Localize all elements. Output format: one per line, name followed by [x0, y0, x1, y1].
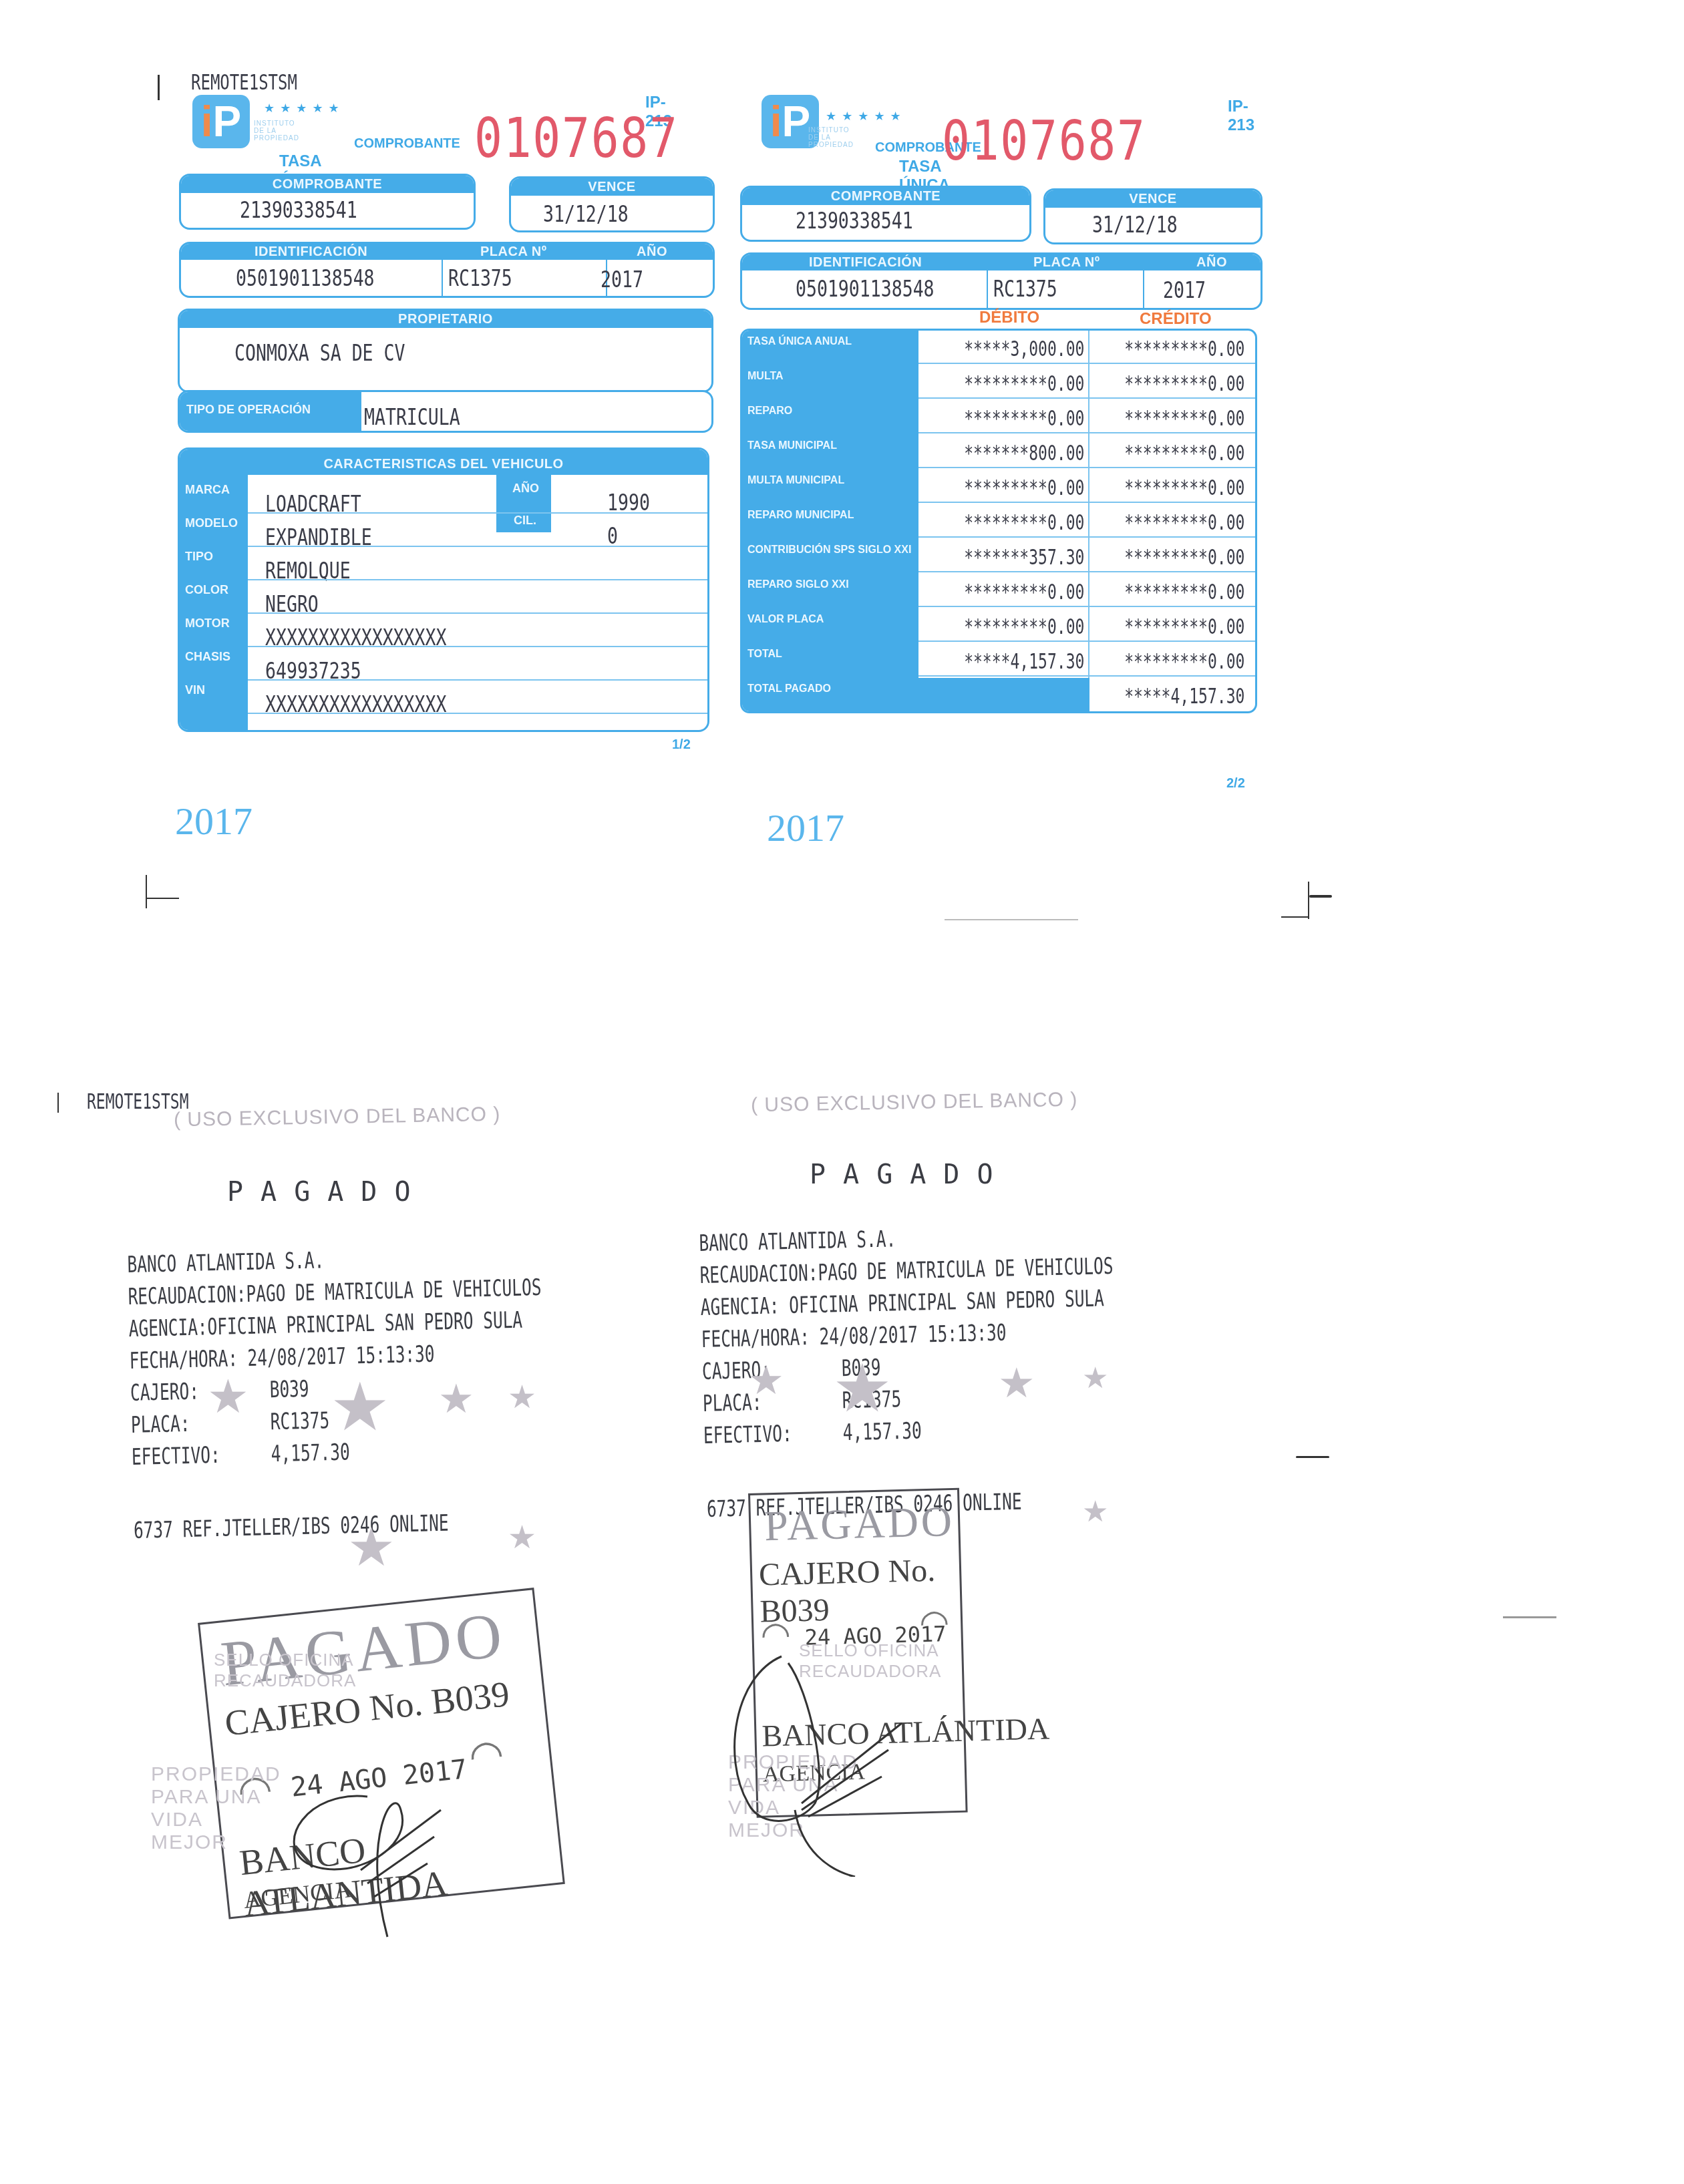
- cajero-value: B039: [269, 1373, 309, 1406]
- efectivo-label: EFECTIVO:: [703, 1421, 793, 1449]
- comprobante-label: COMPROBANTE: [742, 188, 1029, 205]
- placa-value: RC1375: [993, 276, 1057, 303]
- credito-label: CRÉDITO: [1140, 310, 1212, 329]
- row-rule: [918, 502, 1255, 503]
- fee-debito: *********0.00: [964, 510, 1084, 535]
- fee-credito: *********0.00: [1124, 371, 1244, 396]
- comprobante-field: COMPROBANTE 21390338541: [740, 186, 1031, 242]
- propietario-value: CONMOXA SA DE CV: [234, 340, 405, 367]
- star-watermark-icon: ★: [832, 1349, 892, 1427]
- anio-label: AÑO: [1196, 254, 1227, 270]
- vehiculo-anio-label: AÑO: [512, 482, 539, 496]
- placa-value: RC1375: [270, 1405, 330, 1438]
- scan-speck: [1309, 895, 1332, 898]
- fee-row: REPARO*********0.00*********0.00: [742, 400, 1255, 433]
- uso-exclusivo-label: ( USO EXCLUSIVO DEL BANCO ): [751, 1089, 1078, 1117]
- identificacion-field: IDENTIFICACIÓN PLACA Nº AÑO 050190113854…: [740, 252, 1262, 310]
- uso-exclusivo-label: ( USO EXCLUSIVO DEL BANCO ): [174, 1103, 501, 1132]
- fee-label: TASA ÚNICA ANUAL: [747, 336, 852, 348]
- anio-value: 2017: [1163, 277, 1206, 304]
- row-rule: [918, 606, 1255, 607]
- star-watermark-icon: ★: [207, 1369, 249, 1424]
- fee-credito: *********0.00: [1124, 544, 1244, 570]
- vehicle-label-chasis: CHASIS: [185, 650, 230, 664]
- stars-icon: ★★★★★: [264, 102, 345, 116]
- placa-value: RC1375: [448, 265, 512, 292]
- vehicle-characteristics: CARACTERISTICAS DEL VEHICULO MARCALOADCR…: [178, 447, 709, 732]
- stamp-sello-text: SELLO OFICINA RECAUDADORA: [214, 1650, 356, 1691]
- serial-number: 0107687: [474, 107, 679, 170]
- fee-credito: *********0.00: [1124, 510, 1244, 535]
- receipt-reference: 6737 REF.JTELLER/IBS 0246 ONLINE: [134, 1507, 449, 1547]
- star-watermark-icon: ★: [748, 1357, 784, 1404]
- signature-icon: [267, 1770, 481, 1970]
- anio-label: AÑO: [637, 244, 667, 260]
- vehicle-value-modelo: EXPANDIBLE: [265, 524, 372, 551]
- tipo-operacion-field: TIPO DE OPERACIÓN MATRICULA: [178, 390, 713, 433]
- row-rule: [918, 536, 1255, 538]
- fee-label: CONTRIBUCIÓN SPS SIGLO XXI: [747, 544, 911, 556]
- fee-row: MULTA*********0.00*********0.00: [742, 365, 1255, 399]
- comprobante-label: COMPROBANTE: [181, 176, 474, 193]
- tipo-operacion-label: TIPO DE OPERACIÓN: [186, 403, 311, 417]
- fee-label: MULTA: [747, 371, 784, 383]
- vehicle-label-color: COLOR: [185, 583, 228, 597]
- fee-row: CONTRIBUCIÓN SPS SIGLO XXI*******357.30*…: [742, 539, 1255, 572]
- fee-debito: *********0.00: [964, 475, 1084, 500]
- vehiculo-cil-label: CIL.: [514, 514, 536, 528]
- cajero-label: CAJERO:: [130, 1379, 199, 1407]
- fee-row: TOTAL*****4,157.30*********0.00: [742, 643, 1255, 677]
- divider: [442, 260, 443, 296]
- total-pagado-fill: [918, 678, 1089, 711]
- comprobante-value: 21390338541: [240, 197, 357, 224]
- scan-speck: [1503, 1616, 1556, 1618]
- fee-label: TOTAL: [747, 649, 782, 661]
- row-rule: [918, 467, 1255, 468]
- fee-debito: *******357.30: [964, 544, 1084, 570]
- identificacion-label: IDENTIFICACIÓN: [255, 244, 367, 260]
- fee-row: REPARO MUNICIPAL*********0.00*********0.…: [742, 504, 1255, 538]
- vehicle-value-motor: XXXXXXXXXXXXXXXXX: [265, 624, 446, 651]
- row-rule: [248, 713, 707, 714]
- fee-table: TASA ÚNICA ANUAL*****3,000.00*********0.…: [740, 329, 1257, 713]
- placa-label: PLACA Nº: [1033, 254, 1100, 270]
- vehicle-value-marca: LOADCRAFT: [265, 491, 361, 518]
- star-watermark-icon: ★: [998, 1358, 1035, 1407]
- efectivo-label: EFECTIVO:: [132, 1442, 221, 1471]
- star-watermark-icon: ★: [508, 1379, 536, 1416]
- vehicle-label-motor: MOTOR: [185, 616, 230, 630]
- fee-debito: *****3,000.00: [964, 336, 1084, 361]
- fee-credito: *********0.00: [1124, 649, 1244, 674]
- vehiculo-cil-value: 0: [607, 523, 618, 550]
- fee-credito: *********0.00: [1124, 405, 1244, 431]
- institution-name: INSTITUTO DE LA PROPIEDAD: [254, 120, 299, 142]
- star-watermark-icon: ★: [438, 1376, 474, 1423]
- fee-debito: *****4,157.30: [964, 649, 1084, 674]
- total-pagado-value: *****4,157.30: [1124, 683, 1244, 709]
- divider: [987, 270, 988, 308]
- form-code: IP-213: [1228, 98, 1254, 135]
- stamp-slogan: PROPIEDAD PARA UNA VIDA MEJOR: [151, 1763, 281, 1854]
- fee-row: TASA ÚNICA ANUAL*****3,000.00*********0.…: [742, 331, 1255, 364]
- row-rule: [918, 397, 1255, 399]
- divider: [1143, 270, 1144, 308]
- row-rule: [918, 432, 1255, 433]
- vehicle-value-tipo: REMOLQUE: [265, 558, 351, 584]
- identificacion-header: IDENTIFICACIÓN PLACA Nº AÑO: [181, 244, 713, 260]
- bank-logo-icon: ◠: [918, 1602, 950, 1643]
- row-rule: [918, 641, 1255, 642]
- page-indicator: 1/2: [672, 737, 691, 753]
- comprobante-caption: COMPROBANTE: [354, 136, 460, 152]
- fee-credito: *********0.00: [1124, 614, 1244, 639]
- identificacion-label: IDENTIFICACIÓN: [809, 254, 922, 270]
- placa-label: PLACA Nº: [480, 244, 546, 260]
- identificacion-field: IDENTIFICACIÓN PLACA Nº AÑO 050190113854…: [179, 242, 715, 298]
- page-indicator: 2/2: [1226, 776, 1245, 791]
- fee-credito: *********0.00: [1124, 475, 1244, 500]
- footer-year: 2017: [767, 805, 844, 850]
- row-rule: [918, 675, 1255, 677]
- identificacion-value: 0501901138548: [236, 265, 375, 292]
- ip-logo-icon: iP: [192, 95, 250, 148]
- star-watermark-icon: ★: [330, 1368, 390, 1446]
- row-rule: [918, 571, 1255, 572]
- tipo-operacion-value: MATRICULA: [364, 404, 460, 431]
- vehicle-title: CARACTERISTICAS DEL VEHICULO: [180, 449, 707, 475]
- debito-label: DÉBITO: [979, 309, 1039, 327]
- vehicle-value-vin: XXXXXXXXXXXXXXXXX: [265, 691, 446, 718]
- institution-name: INSTITUTO DE LA PROPIEDAD: [808, 127, 854, 149]
- crop-mark: [146, 898, 179, 899]
- row-rule: [248, 679, 707, 681]
- fee-label: VALOR PLACA: [747, 614, 824, 626]
- comprobante-value: 21390338541: [796, 208, 913, 234]
- fee-row: MULTA MUNICIPAL*********0.00*********0.0…: [742, 470, 1255, 503]
- fee-credito: *********0.00: [1124, 336, 1244, 361]
- receipt-lines: BANCO ATLANTIDA S.A. RECAUDACION:PAGO DE…: [699, 1214, 1278, 1451]
- tipo-operacion-header: TIPO DE OPERACIÓN: [180, 392, 361, 431]
- signature-icon: [721, 1650, 962, 1877]
- fee-debito: *********0.00: [964, 371, 1084, 396]
- pagado-title: PAGADO: [227, 1177, 428, 1208]
- fee-credito: *********0.00: [1124, 440, 1244, 466]
- stamp-pagado: PAGADO: [764, 1497, 955, 1551]
- scan-line: [945, 919, 1078, 920]
- scan-speck: [1296, 1456, 1329, 1458]
- vence-value: 31/12/18: [1092, 212, 1178, 238]
- fee-debito: *********0.00: [964, 579, 1084, 604]
- row-rule: [248, 546, 707, 547]
- vence-label: VENCE: [511, 178, 713, 196]
- star-watermark-icon: ★: [508, 1519, 536, 1556]
- fee-label: REPARO SIGLO XXI: [747, 579, 849, 591]
- identificacion-header: IDENTIFICACIÓN PLACA Nº AÑO: [742, 254, 1260, 270]
- identificacion-value: 0501901138548: [796, 276, 935, 303]
- stars-icon: ★★★★★: [826, 110, 906, 124]
- placa-label: PLACA:: [131, 1411, 190, 1439]
- fee-debito: *********0.00: [964, 405, 1084, 431]
- crop-mark: [146, 875, 147, 908]
- fee-credito: *********0.00: [1124, 579, 1244, 604]
- vence-value: 31/12/18: [543, 201, 629, 228]
- star-watermark-icon: ★: [347, 1516, 395, 1578]
- vehicle-label-vin: VIN: [185, 683, 205, 697]
- comprobante-field: COMPROBANTE 21390338541: [179, 174, 476, 230]
- propietario-label: PROPIETARIO: [180, 311, 711, 328]
- fee-row: VALOR PLACA*********0.00*********0.00: [742, 608, 1255, 642]
- fee-row: TASA MUNICIPAL*******800.00*********0.00: [742, 435, 1255, 468]
- crop-mark: [1308, 882, 1309, 919]
- fee-row: REPARO SIGLO XXI*********0.00*********0.…: [742, 574, 1255, 607]
- star-watermark-icon: ★: [1082, 1361, 1108, 1395]
- scan-margin-mark: [158, 75, 160, 100]
- scan-header: REMOTE1STSM: [191, 69, 297, 95]
- fee-label: TASA MUNICIPAL: [747, 440, 837, 452]
- pagado-title: PAGADO: [810, 1159, 1011, 1190]
- crop-mark: [1281, 916, 1309, 918]
- vehiculo-anio-value: 1990: [607, 490, 650, 516]
- vence-field: VENCE 31/12/18: [1043, 188, 1262, 244]
- fee-label: REPARO MUNICIPAL: [747, 510, 854, 522]
- fee-label: REPARO: [747, 405, 792, 417]
- anio-value: 2017: [601, 266, 643, 293]
- fee-debito: *********0.00: [964, 614, 1084, 639]
- vehicle-label-marca: MARCA: [185, 483, 230, 497]
- row-rule: [248, 612, 707, 614]
- row-rule: [918, 363, 1255, 364]
- total-pagado-label: TOTAL PAGADO: [747, 683, 831, 695]
- vehicle-value-chasis: 649937235: [265, 658, 361, 685]
- propietario-field: PROPIETARIO CONMOXA SA DE CV: [178, 309, 713, 393]
- vence-label: VENCE: [1045, 190, 1260, 208]
- vence-field: VENCE 31/12/18: [509, 176, 715, 232]
- star-watermark-icon: ★: [1082, 1495, 1108, 1529]
- vehicle-label-tipo: TIPO: [185, 550, 213, 564]
- footer-year: 2017: [175, 799, 252, 844]
- row-rule: [248, 579, 707, 580]
- vehicle-label-modelo: MODELO: [185, 516, 238, 530]
- fee-label: MULTA MUNICIPAL: [747, 475, 844, 487]
- fee-debito: *******800.00: [964, 440, 1084, 466]
- vehicle-value-color: NEGRO: [265, 591, 319, 618]
- receipt-lines: BANCO ATLANTIDA S.A. RECAUDACION:PAGO DE…: [127, 1236, 706, 1473]
- scan-margin-mark: [57, 1093, 59, 1113]
- row-rule: [248, 646, 707, 647]
